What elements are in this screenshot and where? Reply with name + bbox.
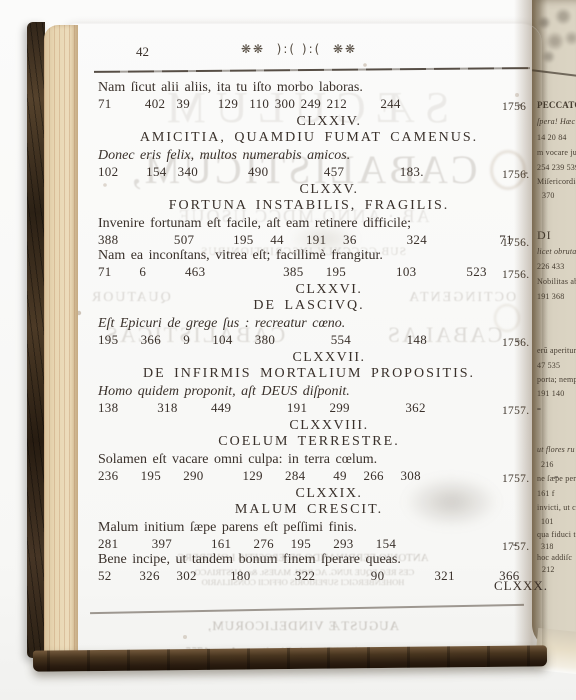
ring-stain xyxy=(490,150,526,190)
section-title: DE LASCIVQ. xyxy=(98,298,500,314)
section-number: CLXXVIII. xyxy=(98,418,500,434)
number-line: 52 326 302 180 322 90 321 366 - xyxy=(98,568,500,584)
section-number: CLXXVI. xyxy=(98,282,500,298)
left-board-edge xyxy=(27,22,45,658)
next-section-number: CLXXX. xyxy=(494,578,548,594)
year-label: 1756. xyxy=(502,235,529,251)
page-edge-stack xyxy=(44,25,78,656)
section-title: FORTUNA INSTABILIS, FRAGILIS. xyxy=(98,198,500,214)
right-page-fragment: 370 xyxy=(542,191,555,200)
section-title: DE INFIRMIS MORTALIUM PROPOSITIS. xyxy=(98,366,500,382)
headpiece-engraving xyxy=(536,4,576,66)
number-line: 71 402 39 129 110 300 249 212 244 - -175… xyxy=(98,96,500,112)
verse-line: Nam ſicut alii aliis, ita tu iſto morbo … xyxy=(98,80,500,96)
year-label: 1757. xyxy=(502,539,529,555)
number-line: 138 318 449 191 299 362 - -1757. xyxy=(98,400,500,416)
smudge-stain xyxy=(289,224,359,254)
right-page-fragment: ſpera! Hæc enim xyxy=(537,117,576,126)
section-title: COELUM TERRESTRE. xyxy=(98,434,500,450)
right-page-fragment: 101 xyxy=(541,517,554,526)
section-number: CLXXVII. xyxy=(98,350,500,366)
year-label: 1757. xyxy=(502,403,529,419)
page-header: 42 ❋❋ ):( ):( ❋❋ xyxy=(98,44,500,62)
page-number: 42 xyxy=(136,44,149,60)
ring-stain xyxy=(494,304,520,332)
verse-line: Donec eris felix, multos numerabis amico… xyxy=(98,148,500,164)
left-page: 42 ❋❋ ):( ):( ❋❋ SÆCULUM CABALISTICUM, A… xyxy=(64,24,542,654)
section-number: CLXXV. xyxy=(98,182,500,198)
header-ornament-icon: ❋❋ ):( ):( ❋❋ xyxy=(241,42,357,56)
verse-line: Homo quidem proponit, aſt DEUS diſponit. xyxy=(98,384,500,400)
number-line: 102 154 340 490 457 183. - - -1756. xyxy=(98,164,500,180)
year-label: 1756. xyxy=(502,335,529,351)
number-line: 71 6 463 385 195 103 523 - -1756. xyxy=(98,264,500,280)
right-page-fragment: porta; nemp xyxy=(537,375,576,384)
section-title: AMICITIA, QUAMDIU FUMAT CAMENUS. xyxy=(98,130,500,146)
bleedthrough-imprint: AUGUSTÆ VINDELICORUM, xyxy=(64,618,542,634)
number-line: 195 366 9 104 380 554 148 - - -1756. xyxy=(98,332,500,348)
footer-rule xyxy=(90,604,524,614)
year-label: 1757. xyxy=(502,471,529,487)
section-number: CLXXIV. xyxy=(98,114,500,130)
smudge-stain xyxy=(404,476,499,528)
verse-line: Solamen eſt vacare omni culpa: in terra … xyxy=(98,452,500,468)
right-page-fragment: invicti, ut cr xyxy=(537,503,576,512)
year-label: 1756. xyxy=(502,267,529,283)
year-label: 1756 xyxy=(502,99,526,115)
right-page-fragment: ut flores ru xyxy=(537,445,575,454)
bottom-board-edge xyxy=(33,645,547,671)
verse-line: Bene incipe, ut tandem bonum finem ſpera… xyxy=(98,552,500,568)
right-page-fragment: hoc addiſc xyxy=(537,553,572,562)
right-page-fragment: erū aperitur xyxy=(537,346,576,355)
right-page-fragment: m vocare juſtos xyxy=(537,148,576,157)
book-photo: PECCATOREM ſpera! Hæc enim 14 20 84 m vo… xyxy=(0,0,576,700)
right-page-fragment: licet obruta pa xyxy=(537,247,576,256)
verse-line: Nam ea inconſtans, vitrea eſt; facillimè… xyxy=(98,248,500,264)
header-rule xyxy=(94,67,530,73)
number-line: 281 397 161 276 195 293 154 - -1757. xyxy=(98,536,500,552)
verse-line: Eſt Epicuri de grege ſus : recreatur cœn… xyxy=(98,316,500,332)
